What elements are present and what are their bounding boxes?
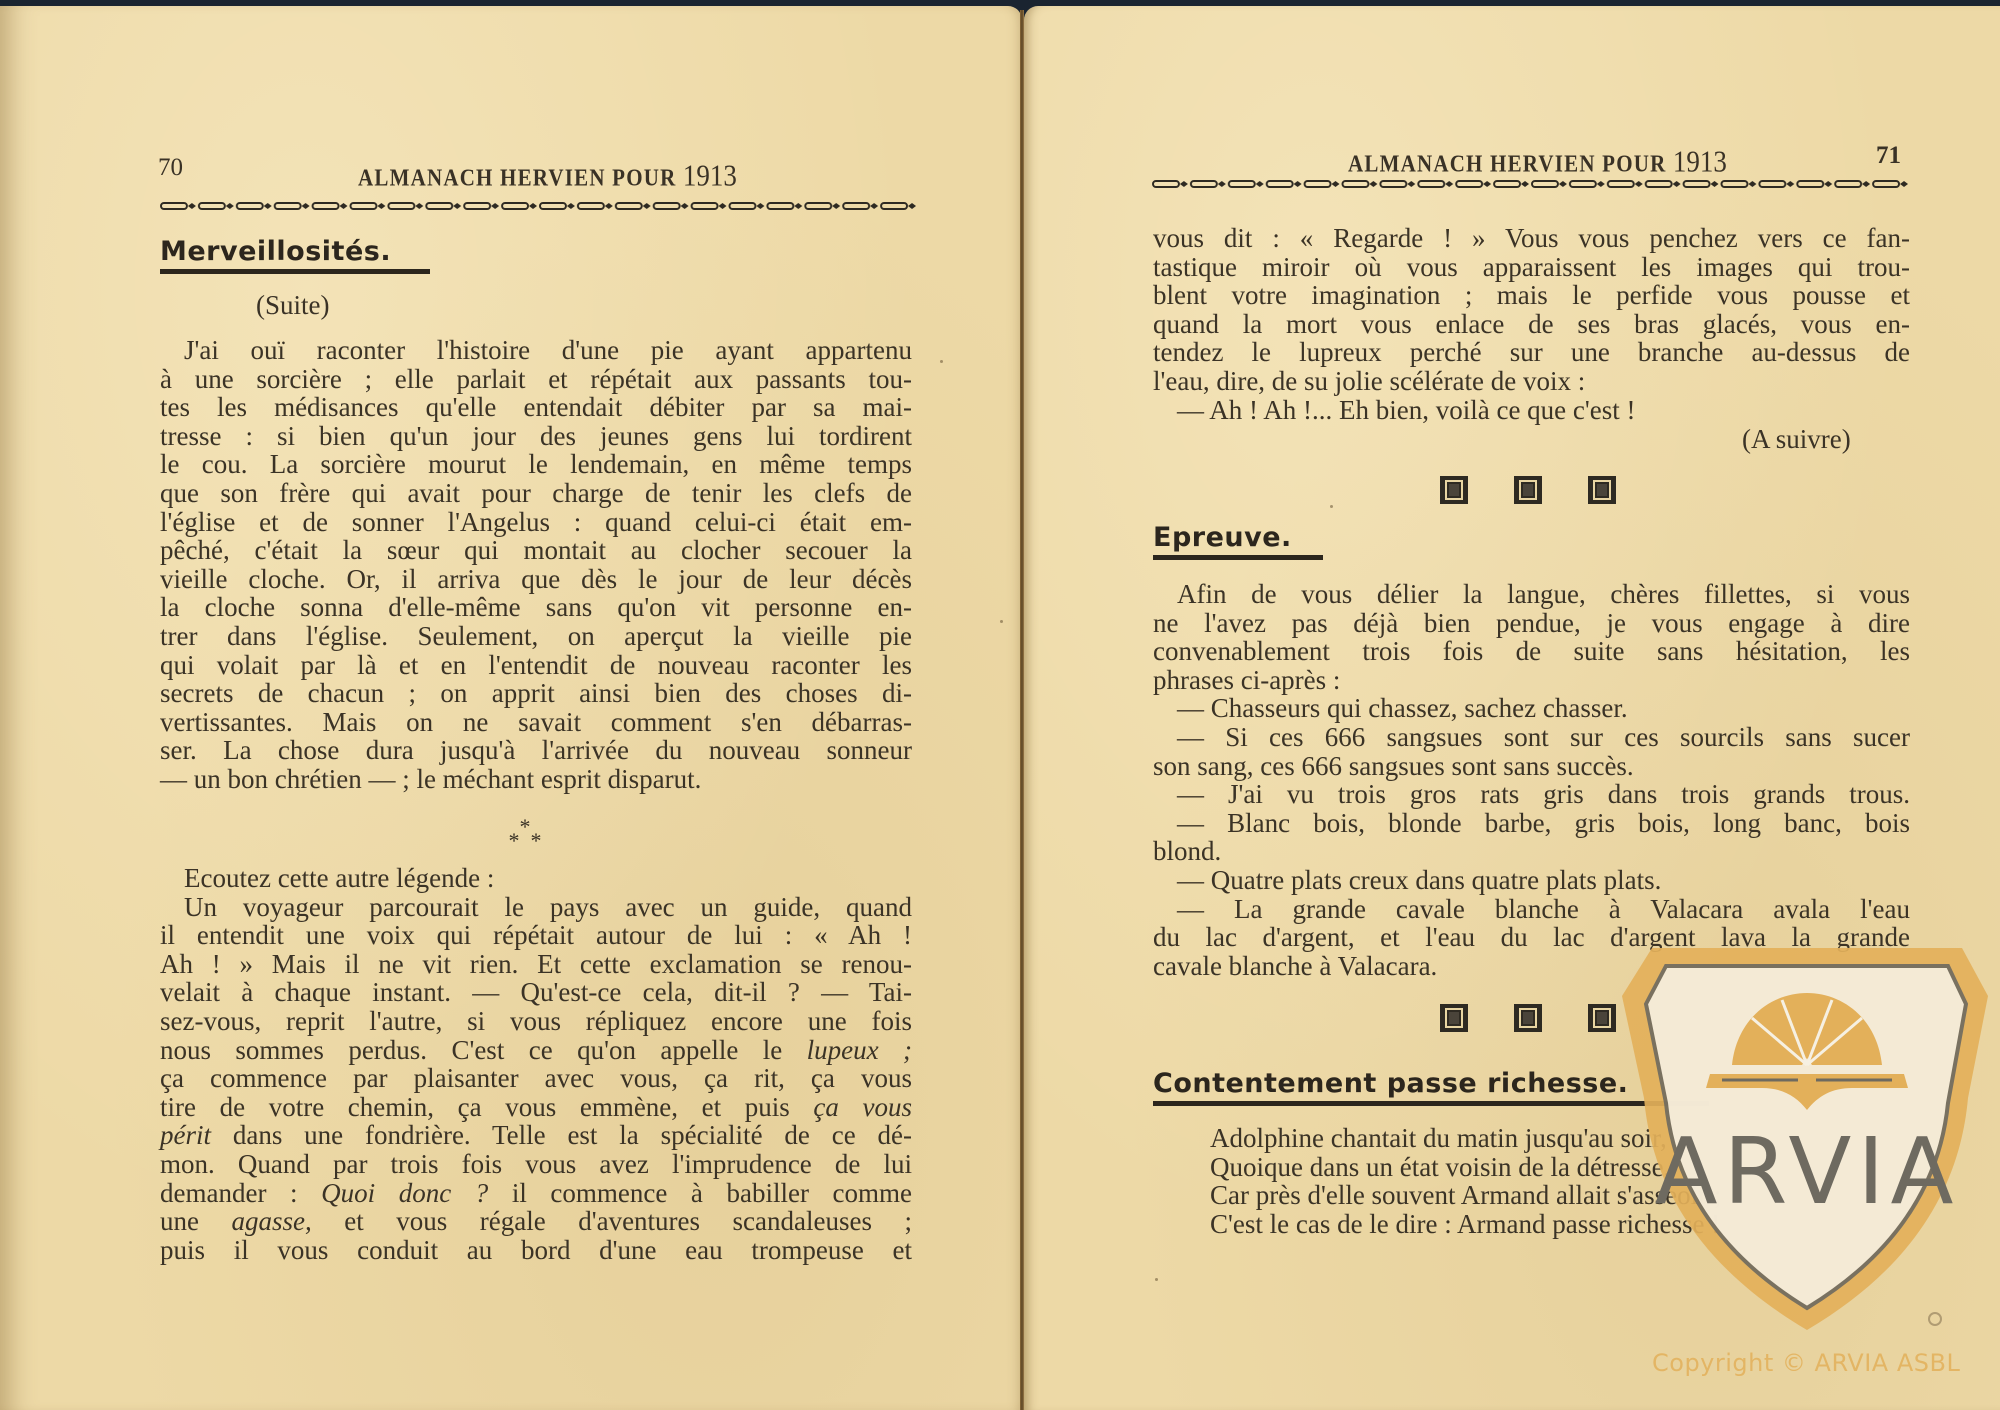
text-line: trer dans l'église. Seulement, on aperçu…: [160, 622, 912, 651]
text-line: convenablement trois fois de suite sans …: [1153, 637, 1910, 666]
text-line: Ah ! » Mais il ne vit rien. Et cette exc…: [160, 950, 912, 979]
running-head-year: 1913: [683, 158, 737, 193]
text-run: dans une fondrière. Telle est la spécial…: [211, 1120, 912, 1150]
text-line: — Ah ! Ah !... Eh bien, voilà ce que c'e…: [1153, 396, 1910, 425]
subtitle-suite: (Suite): [256, 290, 330, 321]
text-line: Ecoutez cette autre légende :: [160, 864, 912, 893]
square-ornament-icon: [1440, 1004, 1468, 1032]
paper-speck: [1155, 1278, 1158, 1281]
text-line: tastique miroir où vous apparaissent les…: [1153, 253, 1910, 282]
text-line: tendez le lupreux perché sur une branche…: [1153, 338, 1910, 367]
text-line: son sang, ces 666 sangsues sont sans suc…: [1153, 752, 1910, 781]
text-line: à une sorcière ; elle parlait et répétai…: [160, 365, 912, 394]
text-line: nous sommes perdus. C'est ce qu'on appel…: [160, 1036, 912, 1065]
section-heading-epreuve: Epreuve.: [1153, 524, 1323, 560]
running-head-right: ALMANACH HERVIEN POUR 1913: [1348, 144, 1727, 180]
italic-term: Quoi donc ?: [321, 1178, 488, 1208]
text-line: tire de votre chemin, ça vous emmène, et…: [160, 1093, 912, 1122]
tongue-twister-item: — La grande cavale blanche à Valacara av…: [1153, 895, 1910, 924]
text-line: tes les médisances qu'elle entendait déb…: [160, 393, 912, 422]
text-line: vieille cloche. Or, il arriva que dès le…: [160, 565, 912, 594]
text-line: secrets de chacun ; on apprit ainsi bien…: [160, 679, 912, 708]
arvia-logo-text: ARVIA: [1655, 1118, 1960, 1225]
tongue-twister-item: — J'ai vu trois gros rats gris dans troi…: [1153, 780, 1910, 809]
square-ornament-separator-2: [1440, 1004, 1616, 1032]
paragraph-pie-legend: J'ai ouï raconter l'histoire d'une pie a…: [160, 336, 912, 794]
tongue-twister-item: — Quatre plats creux dans quatre plats p…: [1153, 866, 1910, 895]
square-ornament-icon: [1588, 476, 1616, 504]
chain-ornament-left: [160, 200, 918, 212]
text-line: que son frère qui avait pour charge de t…: [160, 479, 912, 508]
text-line: vous dit : « Regarde ! » Vous vous pench…: [1153, 224, 1910, 253]
section-heading-merveillosites: Merveillosités.: [160, 238, 430, 274]
page-number-left: 70: [158, 154, 183, 182]
text-line: ne l'avez pas déjà bien pendue, je vous …: [1153, 609, 1910, 638]
tongue-twister-item: — Si ces 666 sangsues sont sur ces sourc…: [1153, 723, 1910, 752]
text-line: demander : Quoi donc ? il commence à bab…: [160, 1179, 912, 1208]
paper-speck: [1928, 1312, 1942, 1326]
italic-term: ça vous: [813, 1092, 912, 1122]
paragraph-continuation: vous dit : « Regarde ! » Vous vous pench…: [1153, 224, 1910, 424]
italic-term: agasse,: [232, 1206, 312, 1236]
text-run: tire de votre chemin, ça vous emmène, et…: [160, 1092, 813, 1122]
text-line: phrases ci-après :: [1153, 666, 1910, 695]
text-run: demander :: [160, 1178, 321, 1208]
tongue-twister-item: — Blanc bois, blonde barbe, gris bois, l…: [1153, 809, 1910, 838]
text-run: nous sommes perdus. C'est ce qu'on appel…: [160, 1035, 807, 1065]
text-run: et vous régale d'aventures scandaleuses …: [312, 1206, 912, 1236]
text-line: — un bon chrétien — ; le méchant esprit …: [160, 765, 912, 794]
text-line: périt dans une fondrière. Telle est la s…: [160, 1121, 912, 1150]
a-suivre-note: (A suivre): [1742, 424, 1851, 455]
paragraph-lupeux-legend: Ecoutez cette autre légende : Un voyageu…: [160, 864, 912, 1264]
italic-term: périt: [160, 1120, 211, 1150]
text-line: l'église et de sonner l'Angelus : quand …: [160, 508, 912, 537]
text-line: puis il vous conduit au bord d'une eau t…: [160, 1236, 912, 1265]
text-line: le cou. La sorcière mourut le lendemain,…: [160, 450, 912, 479]
text-run: une: [160, 1206, 232, 1236]
copyright-notice: Copyright © ARVIA ASBL: [1652, 1349, 1960, 1377]
text-line: Un voyageur parcourait le pays avec un g…: [160, 893, 912, 922]
tongue-twister-item: — Chasseurs qui chassez, sachez chasser.: [1153, 694, 1910, 723]
text-line: ça commence par plaisanter avec vous, ça…: [160, 1064, 912, 1093]
page-number-right: 71: [1876, 142, 1901, 170]
running-head-title: ALMANACH HERVIEN POUR: [1348, 149, 1666, 177]
chain-ornament-right: [1152, 178, 1910, 190]
square-ornament-separator-1: [1440, 476, 1616, 504]
text-line: tresse : si bien qu'un jour des jeunes g…: [160, 422, 912, 451]
running-head-title: ALMANACH HERVIEN POUR: [358, 163, 676, 191]
text-line: la cloche sonna d'elle-même sans qu'on v…: [160, 593, 912, 622]
arvia-shield-watermark: ARVIA: [1622, 938, 1988, 1330]
text-line: qui volait par là et en l'entendit de no…: [160, 651, 912, 680]
text-line: pêché, c'était la sœur qui montait au cl…: [160, 536, 912, 565]
paper-speck: [1000, 620, 1003, 623]
square-ornament-icon: [1514, 476, 1542, 504]
text-line: mon. Quand par trois fois vous avez l'im…: [160, 1150, 912, 1179]
running-head-year: 1913: [1673, 144, 1727, 179]
italic-term-lupeux: lupeux ;: [807, 1035, 912, 1065]
book-gutter: [1020, 10, 1024, 1410]
text-line: Afin de vous délier la langue, chères fi…: [1153, 580, 1910, 609]
square-ornament-icon: [1588, 1004, 1616, 1032]
paper-speck: [1330, 505, 1333, 508]
text-line: blond.: [1153, 837, 1910, 866]
asterism-separator: ** *: [495, 820, 555, 848]
text-line: ser. La chose dura jusqu'à l'arrivée du …: [160, 736, 912, 765]
paragraph-tongue-twisters: Afin de vous délier la langue, chères fi…: [1153, 580, 1910, 980]
text-line: velait à chaque instant. — Qu'est-ce cel…: [160, 978, 912, 1007]
text-line: vertissantes. Mais on ne savait comment …: [160, 708, 912, 737]
text-line: blent votre imagination ; mais le perfid…: [1153, 281, 1910, 310]
text-line: l'eau, dire, de su jolie scélérate de vo…: [1153, 367, 1910, 396]
square-ornament-icon: [1514, 1004, 1542, 1032]
square-ornament-icon: [1440, 476, 1468, 504]
text-line: quand la mort vous enlace de ses bras gl…: [1153, 310, 1910, 339]
text-line: J'ai ouï raconter l'histoire d'une pie a…: [160, 336, 912, 365]
text-line: il entendit une voix qui répétait autour…: [160, 921, 912, 950]
text-run: il commence à babiller comme: [488, 1178, 912, 1208]
running-head-left: ALMANACH HERVIEN POUR 1913: [358, 158, 737, 194]
text-line: sez-vous, reprit l'autre, si vous répliq…: [160, 1007, 912, 1036]
text-line: une agasse, et vous régale d'aventures s…: [160, 1207, 912, 1236]
paper-speck: [940, 360, 943, 363]
